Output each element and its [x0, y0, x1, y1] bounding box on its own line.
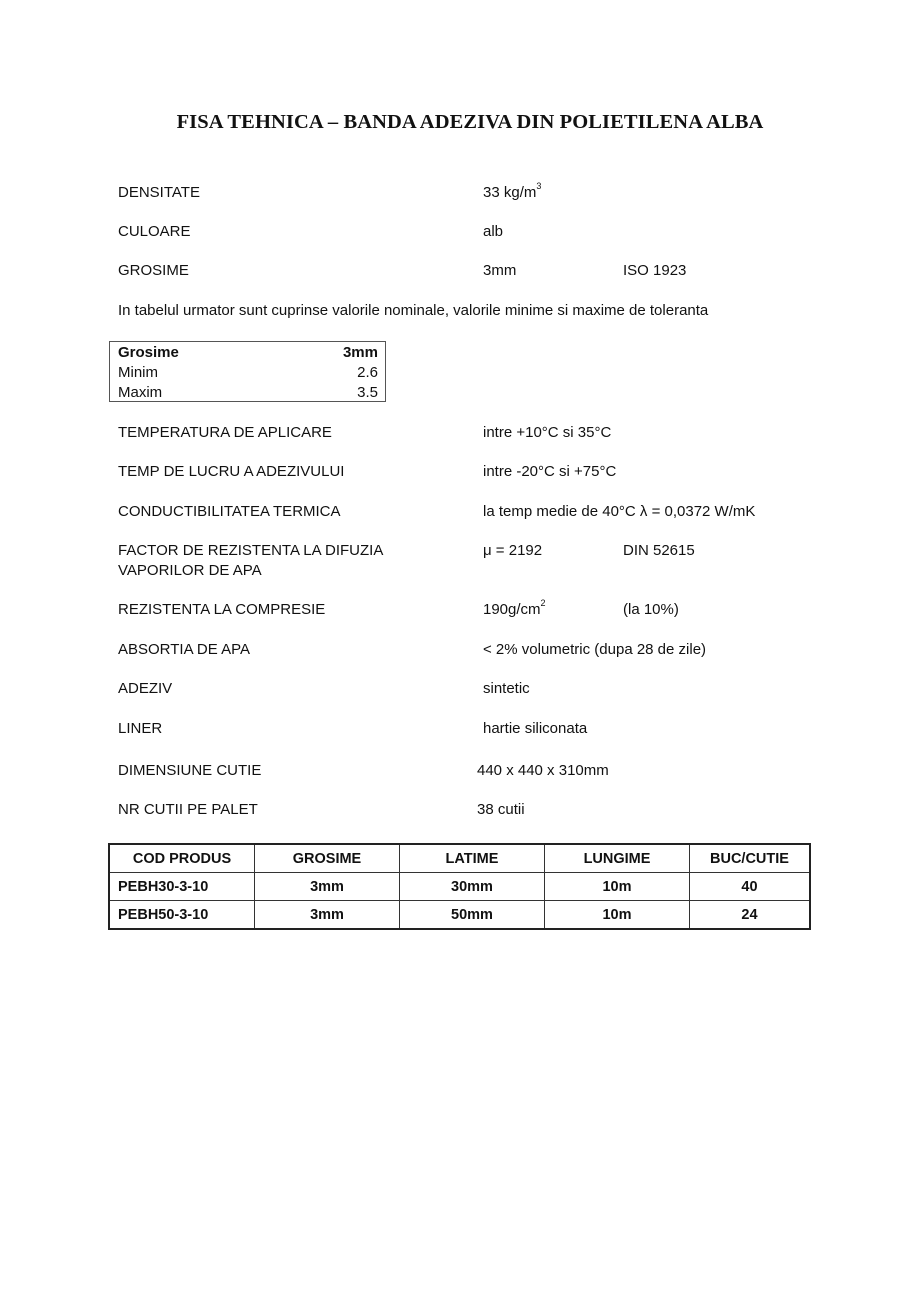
property-value-liner: hartie siliconata — [483, 720, 587, 737]
document-title: FISA TEHNICA – BANDA ADEZIVA DIN POLIETI… — [0, 111, 920, 134]
property-value-grosime: 3mm — [483, 262, 516, 279]
property-value-densitate: 33 kg/m3 — [483, 184, 541, 201]
property-label-adeziv: ADEZIV — [118, 680, 172, 697]
property-value-factor-difuzie: μ = 2192 — [483, 542, 542, 559]
tolerance-header-label: Grosime — [118, 344, 179, 364]
property-value-culoare: alb — [483, 223, 503, 240]
cell-latime: 30mm — [400, 873, 545, 901]
cell-cod-produs: PEBH50-3-10 — [109, 901, 255, 930]
tolerance-table: Grosime 3mm Minim 2.6 Maxim 3.5 — [109, 341, 386, 402]
column-header-grosime: GROSIME — [255, 844, 400, 873]
column-header-latime: LATIME — [400, 844, 545, 873]
property-label-factor-difuzie: FACTOR DE REZISTENTA LA DIFUZIA — [118, 542, 383, 559]
column-header-cod-produs: COD PRODUS — [109, 844, 255, 873]
property-label-densitate: DENSITATE — [118, 184, 200, 201]
property-value-cutii-palet: 38 cutii — [477, 801, 525, 818]
property-note-compresie: (la 10%) — [623, 601, 679, 618]
column-header-buc-cutie: BUC/CUTIE — [690, 844, 811, 873]
property-standard-grosime: ISO 1923 — [623, 262, 686, 279]
property-standard-factor-difuzie: DIN 52615 — [623, 542, 695, 559]
table-row: PEBH30-3-10 3mm 30mm 10m 40 — [109, 873, 810, 901]
cell-buc-cutie: 24 — [690, 901, 811, 930]
table-row: PEBH50-3-10 3mm 50mm 10m 24 — [109, 901, 810, 930]
property-label-cutii-palet: NR CUTII PE PALET — [118, 801, 258, 818]
document-page: FISA TEHNICA – BANDA ADEZIVA DIN POLIETI… — [0, 0, 920, 1301]
property-label-absortie: ABSORTIA DE APA — [118, 641, 250, 658]
property-label-culoare: CULOARE — [118, 223, 191, 240]
property-label-compresie: REZISTENTA LA COMPRESIE — [118, 601, 325, 618]
column-header-lungime: LUNGIME — [545, 844, 690, 873]
property-label-temperatura-aplicare: TEMPERATURA DE APLICARE — [118, 424, 332, 441]
tolerance-header-value: 3mm — [343, 344, 378, 364]
tolerance-row-label: Minim — [118, 364, 158, 384]
tolerance-row-value: 2.6 — [357, 364, 378, 384]
property-label-liner: LINER — [118, 720, 162, 737]
tolerance-row-value: 3.5 — [357, 384, 378, 404]
tolerance-row-maxim: Maxim 3.5 — [118, 384, 378, 404]
cell-cod-produs: PEBH30-3-10 — [109, 873, 255, 901]
tolerance-row-minim: Minim 2.6 — [118, 364, 378, 384]
property-value-adeziv: sintetic — [483, 680, 530, 697]
property-label-conductibilitate: CONDUCTIBILITATEA TERMICA — [118, 503, 341, 520]
cell-grosime: 3mm — [255, 873, 400, 901]
property-label-factor-difuzie-line2: VAPORILOR DE APA — [118, 562, 262, 579]
cell-grosime: 3mm — [255, 901, 400, 930]
product-table: COD PRODUS GROSIME LATIME LUNGIME BUC/CU… — [108, 843, 811, 930]
property-value-compresie: 190g/cm2 — [483, 601, 546, 618]
property-value-conductibilitate: la temp medie de 40°C λ = 0,0372 W/mK — [483, 503, 755, 520]
cell-lungime: 10m — [545, 873, 690, 901]
property-value-temp-lucru: intre -20°C si +75°C — [483, 463, 616, 480]
tolerance-header-row: Grosime 3mm — [118, 344, 378, 364]
property-value-dimensiune-cutie: 440 x 440 x 310mm — [477, 762, 609, 779]
cell-lungime: 10m — [545, 901, 690, 930]
cell-latime: 50mm — [400, 901, 545, 930]
property-label-grosime: GROSIME — [118, 262, 189, 279]
property-label-temp-lucru: TEMP DE LUCRU A ADEZIVULUI — [118, 463, 344, 480]
property-value-temperatura-aplicare: intre +10°C si 35°C — [483, 424, 611, 441]
tolerance-intro-text: In tabelul urmator sunt cuprinse valoril… — [118, 302, 708, 319]
property-label-dimensiune-cutie: DIMENSIUNE CUTIE — [118, 762, 261, 779]
cell-buc-cutie: 40 — [690, 873, 811, 901]
tolerance-row-label: Maxim — [118, 384, 162, 404]
property-value-absortie: < 2% volumetric (dupa 28 de zile) — [483, 641, 706, 658]
product-table-header-row: COD PRODUS GROSIME LATIME LUNGIME BUC/CU… — [109, 844, 810, 873]
